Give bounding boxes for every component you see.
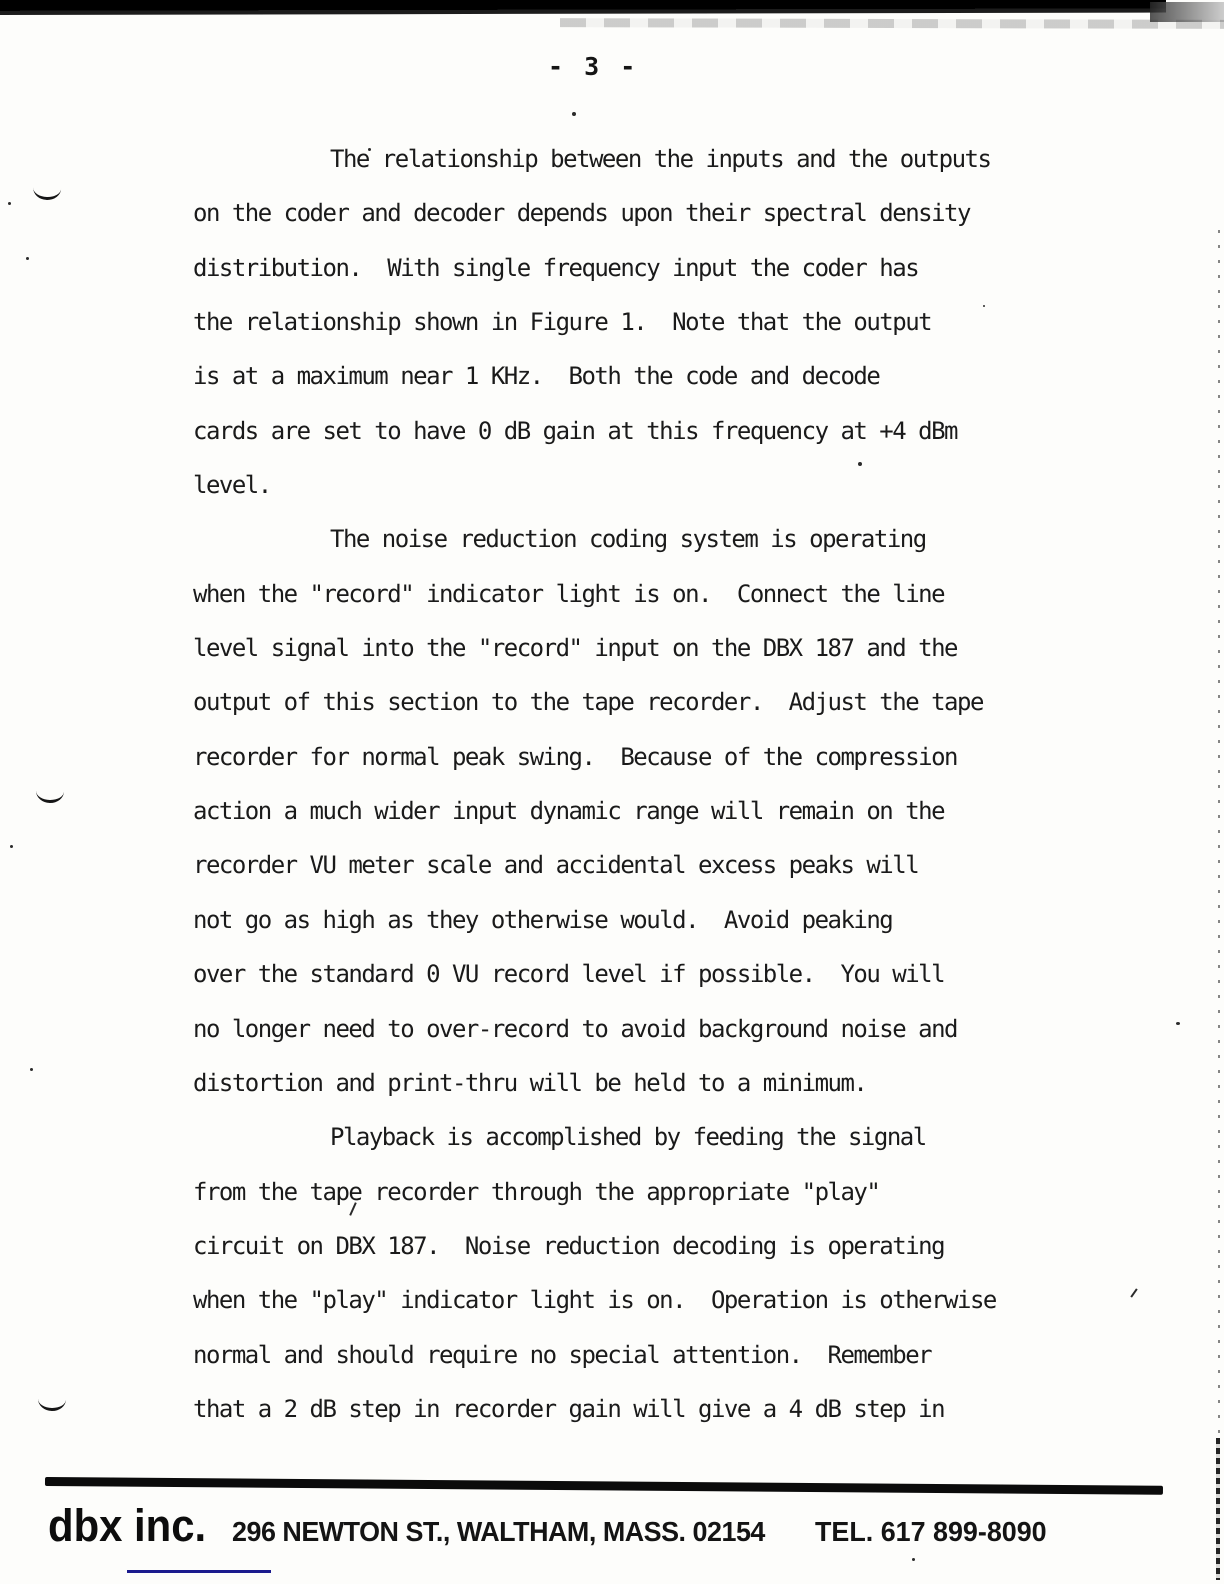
footer: dbx inc. 296 NEWTON ST., WALTHAM, MASS. …: [48, 1500, 1164, 1552]
body-line: not go as high as they otherwise would. …: [193, 893, 1023, 947]
body-line: action a much wider input dynamic range …: [193, 784, 1023, 838]
body-line: cards are set to have 0 dB gain at this …: [193, 404, 1023, 458]
body-line: that a 2 dB step in recorder gain will g…: [193, 1382, 1023, 1436]
noise-dot: [858, 462, 862, 466]
scan-edge-speckles-dark: [1216, 1438, 1220, 1580]
pen-tick-mark: [1130, 1288, 1137, 1297]
body-line: distribution. With single frequency inpu…: [193, 241, 1023, 295]
body-line: when the "play" indicator light is on. O…: [193, 1273, 1023, 1327]
body-line: recorder for normal peak swing. Because …: [193, 730, 1023, 784]
noise-dot: [983, 305, 985, 307]
body-line: is at a maximum near 1 KHz. Both the cod…: [193, 349, 1023, 403]
body-line: distortion and print-thru will be held t…: [193, 1056, 1023, 1110]
body-line: level signal into the "record" input on …: [193, 621, 1023, 675]
scan-streak: [560, 18, 1224, 29]
margin-pen-mark: [33, 187, 61, 201]
footer-address: 296 NEWTON ST., WALTHAM, MASS. 02154: [232, 1516, 765, 1548]
body-line: Playback is accomplished by feeding the …: [193, 1110, 1023, 1164]
scan-header-bar: [0, 0, 1166, 15]
document-body: The relationship between the inputs and …: [193, 132, 1023, 1436]
noise-dot: [26, 257, 29, 260]
dbx-logo: dbx inc.: [48, 1500, 206, 1552]
body-line: recorder VU meter scale and accidental e…: [193, 838, 1023, 892]
body-line: no longer need to over-record to avoid b…: [193, 1002, 1023, 1056]
body-line: on the coder and decoder depends upon th…: [193, 186, 1023, 240]
noise-dot: [912, 1558, 915, 1561]
scan-edge-speckles: [1218, 230, 1220, 1440]
body-line: output of this section to the tape recor…: [193, 675, 1023, 729]
body-line: level.: [193, 458, 1023, 512]
body-line: over the standard 0 VU record level if p…: [193, 947, 1023, 1001]
noise-dot: [368, 148, 371, 151]
page-number: - 3 -: [548, 52, 638, 81]
noise-dot: [30, 1068, 33, 1071]
body-line: The relationship between the inputs and …: [193, 132, 1023, 186]
footer-blue-underline: [127, 1570, 271, 1573]
noise-dot: [1176, 1022, 1180, 1025]
body-line: when the "record" indicator light is on.…: [193, 567, 1023, 621]
body-line: normal and should require no special att…: [193, 1328, 1023, 1382]
margin-pen-mark: [36, 790, 64, 803]
footer-phone: TEL. 617 899-8090: [815, 1516, 1047, 1548]
footer-rule: [45, 1477, 1163, 1495]
body-line: circuit on DBX 187. Noise reduction deco…: [193, 1219, 1023, 1273]
body-line: the relationship shown in Figure 1. Note…: [193, 295, 1023, 349]
margin-pen-mark: [38, 1398, 66, 1411]
noise-dot: [8, 202, 11, 205]
body-line: from the tape recorder through the appro…: [193, 1165, 1023, 1219]
body-line: The noise reduction coding system is ope…: [193, 512, 1023, 566]
noise-dot: [10, 845, 13, 848]
noise-dot: [572, 112, 576, 116]
